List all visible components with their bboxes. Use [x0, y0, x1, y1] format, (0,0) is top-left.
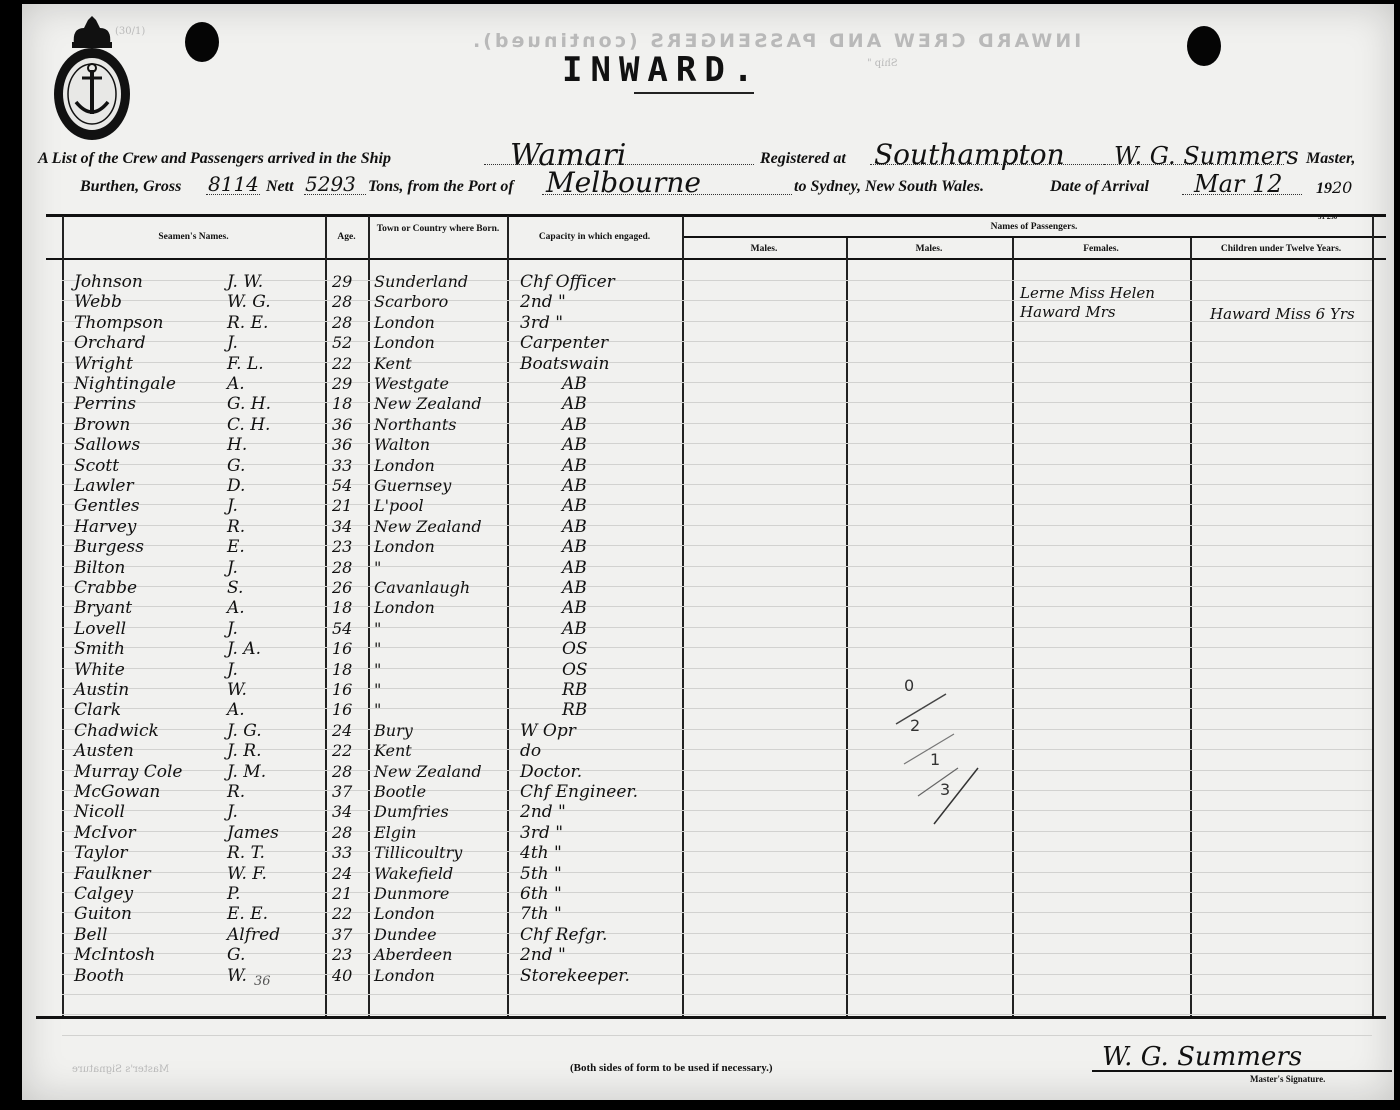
- crew-surname: Lovell: [74, 619, 126, 639]
- signature-label: Master's Signature.: [1250, 1074, 1325, 1084]
- punch-hole-right: [1187, 26, 1221, 66]
- crew-born: ": [374, 660, 381, 680]
- crew-capacity: Chf Engineer.: [520, 782, 638, 802]
- crew-surname: Webb: [74, 292, 122, 312]
- crew-age: 16: [332, 680, 352, 700]
- crew-capacity: 5th ": [520, 864, 562, 884]
- crew-born: New Zealand: [374, 394, 482, 414]
- crew-capacity: 7th ": [520, 904, 562, 924]
- crew-initials: W.: [227, 680, 247, 700]
- crew-surname: Thompson: [74, 313, 163, 333]
- crew-initials: R. E.: [227, 313, 268, 333]
- table-row: BellAlfred37DundeeChf Refgr.: [22, 925, 1394, 945]
- crew-surname: Brown: [74, 415, 130, 435]
- crew-born: L'pool: [374, 496, 424, 516]
- crew-capacity: Boatswain: [520, 354, 610, 374]
- page-title: INWARD.: [562, 50, 761, 90]
- crew-initials: E. E.: [227, 904, 268, 924]
- nett-tons: 5293: [305, 172, 356, 196]
- table-row: ChadwickJ. G.24BuryW Opr: [22, 721, 1394, 741]
- ghost-signature-label: Master's Signature: [72, 1064, 169, 1075]
- table-row: SallowsH.36WaltonAB: [22, 435, 1394, 455]
- crew-capacity: 2nd ": [520, 802, 566, 822]
- header-males-1: Males.: [682, 244, 846, 255]
- crew-initials: J.: [227, 660, 238, 680]
- crew-born: Scarboro: [374, 292, 448, 312]
- crew-surname: Crabbe: [74, 578, 137, 598]
- table-row: BurgessE.23LondonAB: [22, 537, 1394, 557]
- passenger-female: Lerne Miss Helen: [1020, 283, 1155, 303]
- crew-count-note: 36: [254, 972, 271, 992]
- crew-born: Bootle: [374, 782, 426, 802]
- header-capacity: Capacity in which engaged.: [507, 232, 682, 243]
- arrival-date: Mar 12: [1194, 170, 1283, 198]
- crew-capacity: AB: [562, 578, 587, 598]
- crew-surname: McIvor: [74, 823, 136, 843]
- table-row: NicollJ.34Dumfries2nd ": [22, 802, 1394, 822]
- crew-capacity: Carpenter: [520, 333, 608, 353]
- crew-age: 33: [332, 843, 352, 863]
- table-row: McGowanR.37BootleChf Engineer.: [22, 782, 1394, 802]
- crew-born: Kent: [374, 741, 412, 761]
- signature-line: [1092, 1070, 1392, 1072]
- gross-tons: 8114: [208, 172, 259, 196]
- crew-initials: J.: [227, 333, 238, 353]
- table-row: CalgeyP.21Dunmore6th ": [22, 884, 1394, 904]
- table-row: CrabbeS.26CavanlaughAB: [22, 578, 1394, 598]
- ghost-header: INWARD CREW AND PASSENGERS (continued).: [470, 30, 1081, 52]
- crew-surname: Burgess: [74, 537, 144, 557]
- year-prefix: 19: [1316, 180, 1332, 197]
- crew-initials: E.: [227, 537, 245, 557]
- crew-age: 28: [332, 762, 352, 782]
- crew-capacity: Chf Refgr.: [520, 925, 607, 945]
- crew-age: 16: [332, 700, 352, 720]
- title-underline: [634, 92, 754, 94]
- crew-born: Tillicoultry: [374, 843, 462, 863]
- crew-born: ": [374, 639, 381, 659]
- crew-capacity: AB: [562, 558, 587, 578]
- crew-surname: Scott: [74, 456, 119, 476]
- burthen-label: Burthen, Gross: [80, 178, 181, 196]
- passenger-subheader-rule: [684, 236, 1386, 238]
- year-suffix: 20: [1332, 178, 1352, 197]
- crew-born: Elgin: [374, 823, 416, 843]
- crew-born: Sunderland: [374, 272, 468, 292]
- crew-age: 21: [332, 496, 352, 516]
- crew-age: 29: [332, 272, 352, 292]
- table-row: McIvorJames28Elgin3rd ": [22, 823, 1394, 843]
- crew-initials: P.: [227, 884, 240, 904]
- crew-surname: Chadwick: [74, 721, 159, 741]
- crew-surname: Nicoll: [74, 802, 125, 822]
- crew-born: New Zealand: [374, 517, 482, 537]
- crew-initials: Alfred: [227, 925, 280, 945]
- crew-surname: Austin: [74, 680, 129, 700]
- crew-age: 33: [332, 456, 352, 476]
- crew-capacity: AB: [562, 598, 587, 618]
- list-label: A List of the Crew and Passengers arrive…: [38, 150, 391, 167]
- crew-capacity: do: [520, 741, 541, 761]
- crew-capacity: 2nd ": [520, 945, 566, 965]
- crew-surname: Calgey: [74, 884, 133, 904]
- crew-age: 36: [332, 435, 352, 455]
- crew-initials: J.: [227, 802, 238, 822]
- tons-from-label: Tons, from the Port of: [368, 178, 514, 196]
- crew-initials: James: [227, 823, 279, 843]
- passenger-child: Haward Miss 6 Yrs: [1210, 304, 1355, 324]
- crew-born: London: [374, 966, 435, 986]
- table-row: WebbW. G.28Scarboro2nd ": [22, 292, 1394, 312]
- crew-initials: J. A.: [227, 639, 261, 659]
- table-row: TaylorR. T.33Tillicoultry4th ": [22, 843, 1394, 863]
- crew-capacity: AB: [562, 619, 587, 639]
- crew-surname: McIntosh: [74, 945, 155, 965]
- crew-initials: R.: [227, 517, 245, 537]
- table-row: LovellJ.54"AB: [22, 619, 1394, 639]
- master-signature: W. G. Summers: [1102, 1042, 1302, 1072]
- crew-born: Westgate: [374, 374, 449, 394]
- crew-age: 37: [332, 925, 352, 945]
- ruled-line: [62, 1014, 1372, 1015]
- crew-initials: J. G.: [227, 721, 262, 741]
- table-row: JohnsonJ. W.29SunderlandChf Officer: [22, 272, 1394, 292]
- shipping-office-crest-icon: [42, 14, 142, 144]
- table-row: GuitonE. E.22London7th ": [22, 904, 1394, 924]
- crew-age: 36: [332, 415, 352, 435]
- crew-born: London: [374, 904, 435, 924]
- table-row: PerrinsG. H.18New ZealandAB: [22, 394, 1394, 414]
- crew-age: 34: [332, 517, 352, 537]
- arrival-label: Date of Arrival: [1050, 178, 1149, 196]
- table-row: AustinW.16"RB: [22, 680, 1394, 700]
- crew-initials: A.: [227, 700, 245, 720]
- table-row: FaulknerW. F.24Wakefield5th ": [22, 864, 1394, 884]
- crew-surname: Perrins: [74, 394, 136, 414]
- crew-initials: R. T.: [227, 843, 265, 863]
- crew-age: 28: [332, 313, 352, 333]
- crew-age: 22: [332, 741, 352, 761]
- crew-capacity: AB: [562, 456, 587, 476]
- crew-born: Bury: [374, 721, 413, 741]
- crew-capacity: Doctor.: [520, 762, 582, 782]
- crew-age: 54: [332, 476, 352, 496]
- crew-initials: S.: [227, 578, 243, 598]
- crew-capacity: AB: [562, 374, 587, 394]
- table-row: HarveyR.34New ZealandAB: [22, 517, 1394, 537]
- inward-manifest-page: INWARD CREW AND PASSENGERS (continued). …: [22, 4, 1394, 1100]
- table-row: BiltonJ.28"AB: [22, 558, 1394, 578]
- table-row: GentlesJ.21L'poolAB: [22, 496, 1394, 516]
- header-seamens-names: Seamen's Names.: [62, 232, 325, 243]
- crew-initials: J.: [227, 558, 238, 578]
- crew-born: ": [374, 558, 381, 578]
- crew-born: Cavanlaugh: [374, 578, 470, 598]
- ghost-ship: Ship ": [867, 58, 898, 69]
- crew-capacity: 3rd ": [520, 313, 563, 333]
- crew-capacity: OS: [562, 639, 588, 659]
- header-children: Children under Twelve Years.: [1190, 244, 1372, 255]
- crew-surname: Lawler: [74, 476, 134, 496]
- crew-age: 21: [332, 884, 352, 904]
- crew-age: 18: [332, 660, 352, 680]
- table-row: BryantA.18LondonAB: [22, 598, 1394, 618]
- crew-age: 18: [332, 598, 352, 618]
- ruled-line: [62, 994, 1372, 995]
- crew-initials: J. M.: [227, 762, 266, 782]
- passenger-female: Haward Mrs: [1020, 302, 1116, 322]
- table-top-rule: [46, 214, 1386, 217]
- crew-surname: Bryant: [74, 598, 132, 618]
- crew-surname: Gentles: [74, 496, 140, 516]
- table-row: Murray ColeJ. M.28New ZealandDoctor.: [22, 762, 1394, 782]
- header-passengers: Names of Passengers.: [682, 222, 1386, 233]
- crew-age: 22: [332, 354, 352, 374]
- table-row: BrownC. H.36NorthantsAB: [22, 415, 1394, 435]
- crew-capacity: AB: [562, 517, 587, 537]
- crew-age: 23: [332, 945, 352, 965]
- master-name: W. G. Summers: [1114, 142, 1299, 170]
- crew-born: London: [374, 537, 435, 557]
- header-born: Town or Country where Born.: [374, 224, 502, 235]
- crew-initials: J. R.: [227, 741, 262, 761]
- crew-surname: Austen: [74, 741, 134, 761]
- table-row: WhiteJ.18"OS: [22, 660, 1394, 680]
- crew-initials: W.: [227, 966, 247, 986]
- crew-surname: Nightingale: [74, 374, 176, 394]
- crew-surname: Johnson: [74, 272, 143, 292]
- header-bottom-rule: [46, 258, 1386, 260]
- crew-surname: Guiton: [74, 904, 132, 924]
- crew-born: New Zealand: [374, 762, 482, 782]
- crew-born: Wakefield: [374, 864, 453, 884]
- crew-age: 54: [332, 619, 352, 639]
- crew-surname: Clark: [74, 700, 121, 720]
- table-row: WrightF. L.22KentBoatswain: [22, 354, 1394, 374]
- table-row: OrchardJ.52LondonCarpenter: [22, 333, 1394, 353]
- nett-label: Nett: [266, 178, 294, 196]
- crew-capacity: Chf Officer: [520, 272, 615, 292]
- master-label: Master,: [1306, 150, 1355, 168]
- crew-born: Dumfries: [374, 802, 449, 822]
- table-row: LawlerD.54GuernseyAB: [22, 476, 1394, 496]
- crew-age: 22: [332, 904, 352, 924]
- crew-capacity: AB: [562, 394, 587, 414]
- header-males-2: Males.: [846, 244, 1012, 255]
- crew-born: Walton: [374, 435, 430, 455]
- ruled-line: [62, 1035, 1372, 1036]
- table-row: AustenJ. R.22Kentdo: [22, 741, 1394, 761]
- crew-surname: Wright: [74, 354, 133, 374]
- crew-age: 52: [332, 333, 352, 353]
- table-row: NightingaleA.29WestgateAB: [22, 374, 1394, 394]
- crew-capacity: AB: [562, 415, 587, 435]
- crew-capacity: 4th ": [520, 843, 562, 863]
- crew-capacity: 2nd ": [520, 292, 566, 312]
- crew-age: 16: [332, 639, 352, 659]
- crew-surname: Bilton: [74, 558, 125, 578]
- to-sydney-label: to Sydney, New South Wales.: [794, 178, 984, 196]
- crew-born: London: [374, 456, 435, 476]
- crew-surname: McGowan: [74, 782, 160, 802]
- crew-born: London: [374, 313, 435, 333]
- crew-capacity: Storekeeper.: [520, 966, 630, 986]
- crew-surname: Taylor: [74, 843, 128, 863]
- crew-initials: A.: [227, 598, 245, 618]
- crew-age: 28: [332, 292, 352, 312]
- crew-initials: A.: [227, 374, 245, 394]
- crew-born: ": [374, 680, 381, 700]
- crew-initials: R.: [227, 782, 245, 802]
- list-header-line: A List of the Crew and Passengers arrive…: [38, 150, 391, 168]
- crew-capacity: OS: [562, 660, 588, 680]
- table-row: ScottG.33LondonAB: [22, 456, 1394, 476]
- crew-capacity: AB: [562, 476, 587, 496]
- crew-age: 40: [332, 966, 352, 986]
- crew-surname: Smith: [74, 639, 125, 659]
- arrival-year: 1920: [1316, 178, 1352, 198]
- crew-born: London: [374, 333, 435, 353]
- crew-age: 28: [332, 558, 352, 578]
- crew-born: London: [374, 598, 435, 618]
- crew-initials: J.: [227, 496, 238, 516]
- crew-age: 29: [332, 374, 352, 394]
- crew-born: Dundee: [374, 925, 437, 945]
- crew-capacity: 6th ": [520, 884, 562, 904]
- crew-initials: G.: [227, 456, 245, 476]
- header-age: Age.: [325, 232, 368, 243]
- crew-initials: C. H.: [227, 415, 270, 435]
- crew-surname: Sallows: [74, 435, 140, 455]
- footer-note: (Both sides of form to be used if necess…: [570, 1062, 773, 1074]
- table-row: SmithJ. A.16"OS: [22, 639, 1394, 659]
- crew-born: ": [374, 619, 381, 639]
- crew-surname: Bell: [74, 925, 107, 945]
- crew-initials: F. L.: [227, 354, 264, 374]
- registered-port: Southampton: [874, 138, 1065, 171]
- registered-label: Registered at: [760, 150, 846, 168]
- table-row: McIntoshG.23Aberdeen2nd ": [22, 945, 1394, 965]
- crew-surname: Murray Cole: [74, 762, 183, 782]
- table-row: ThompsonR. E.28London3rd ": [22, 313, 1394, 333]
- from-port: Melbourne: [546, 166, 701, 199]
- crew-initials: W. G.: [227, 292, 271, 312]
- crew-capacity: RB: [562, 680, 587, 700]
- crew-born: Kent: [374, 354, 412, 374]
- crew-age: 24: [332, 721, 352, 741]
- crew-initials: J. W.: [227, 272, 263, 292]
- crew-age: 28: [332, 823, 352, 843]
- crew-born: ": [374, 700, 381, 720]
- crew-age: 26: [332, 578, 352, 598]
- crew-surname: White: [74, 660, 125, 680]
- crew-initials: G. H.: [227, 394, 271, 414]
- crew-capacity: AB: [562, 537, 587, 557]
- crew-surname: Harvey: [74, 517, 136, 537]
- crew-born: Guernsey: [374, 476, 451, 496]
- crew-capacity: AB: [562, 496, 587, 516]
- tally-slashes-icon: [882, 684, 992, 834]
- table-row: ClarkA.16"RB: [22, 700, 1394, 720]
- crew-capacity: 3rd ": [520, 823, 563, 843]
- crew-capacity: AB: [562, 435, 587, 455]
- crew-surname: Faulkner: [74, 864, 151, 884]
- punch-hole-left: [185, 22, 219, 62]
- crew-initials: D.: [227, 476, 245, 496]
- table-bottom-rule: [36, 1016, 1386, 1019]
- crew-initials: G.: [227, 945, 245, 965]
- crew-initials: H.: [227, 435, 247, 455]
- crew-surname: Orchard: [74, 333, 146, 353]
- crew-age: 24: [332, 864, 352, 884]
- crew-capacity: RB: [562, 700, 587, 720]
- crew-initials: W. F.: [227, 864, 267, 884]
- crew-age: 18: [332, 394, 352, 414]
- crew-age: 23: [332, 537, 352, 557]
- table-row: BoothW.40LondonStorekeeper.: [22, 966, 1394, 986]
- crew-age: 37: [332, 782, 352, 802]
- crew-initials: J.: [227, 619, 238, 639]
- crew-surname: Booth: [74, 966, 125, 986]
- crew-born: Aberdeen: [374, 945, 452, 965]
- crew-age: 34: [332, 802, 352, 822]
- crew-born: Dunmore: [374, 884, 449, 904]
- header-females: Females.: [1012, 244, 1190, 255]
- crew-capacity: W Opr: [520, 721, 576, 741]
- crew-born: Northants: [374, 415, 457, 435]
